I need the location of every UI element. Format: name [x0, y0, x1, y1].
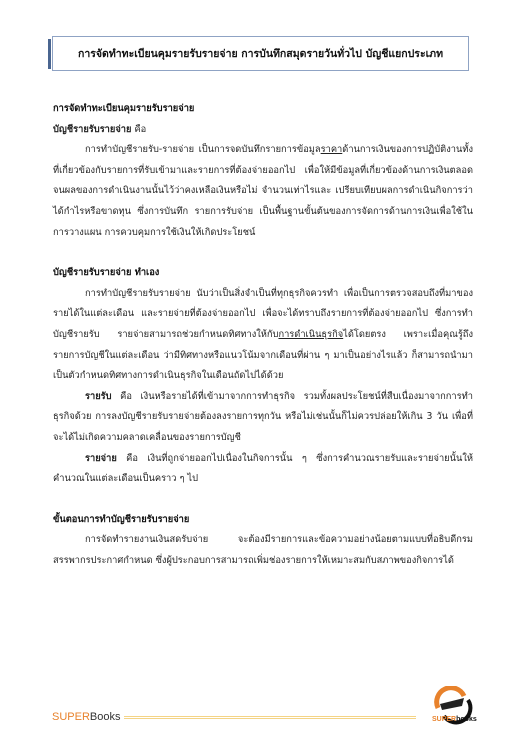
term: รายรับ [85, 391, 112, 402]
text: การทำบัญชีรายรับ-รายจ่าย เป็นการจดบันทึก… [85, 144, 321, 155]
subheading-term: บัญชีรายรับรายจ่าย [53, 124, 131, 135]
footer: SUPERBooks [52, 710, 472, 724]
paragraph: การจัดทำรายงานเงินสดรับจ่าย จะต้องมีรายก… [53, 530, 473, 571]
title-box: การจัดทำทะเบียนคุมรายรับรายจ่าย การบันทึ… [52, 36, 469, 71]
section-heading: ขั้นตอนการทำบัญชีรายรับรายจ่าย [53, 510, 473, 531]
title-accent-bar [48, 39, 51, 69]
subheading-rest: คือ [131, 124, 146, 135]
document-body: การจัดทำทะเบียนคุมรายรับรายจ่าย บัญชีราย… [53, 99, 473, 571]
expense-definition: รายจ่าย คือ เงินที่ถูกจ่ายออกไปเนื่องในก… [53, 449, 473, 490]
subheading: บัญชีรายรับรายจ่าย คือ [53, 120, 473, 141]
brand-orange: SUPER [52, 711, 90, 723]
text: ด้านการเงินของการปฏิบัติงานทั้งที่เกี่ยว… [53, 144, 473, 237]
section-heading: บัญชีรายรับรายจ่าย ทำเอง [53, 263, 473, 284]
footer-brand: SUPERBooks [52, 711, 120, 723]
page-title: การจัดทำทะเบียนคุมรายรับรายจ่าย การบันทึ… [78, 45, 443, 62]
text: คือ เงินที่ถูกจ่ายออกไปเนื่องในกิจการนั้… [53, 453, 473, 485]
link-business[interactable]: การดำเนินธุรกิจ [278, 329, 343, 340]
logo-orange: SUPER [432, 716, 456, 723]
income-definition: รายรับ คือ เงินหรือรายได้ที่เข้ามาจากการ… [53, 387, 473, 449]
section-heading: การจัดทำทะเบียนคุมรายรับรายจ่าย [53, 99, 473, 120]
paragraph: การทำบัญชีรายรับรายจ่าย นับว่าเป็นสิ่งจำ… [53, 284, 473, 387]
footer-divider [124, 716, 416, 719]
term: รายจ่าย [85, 453, 117, 464]
logo-text: SUPERbooks [432, 716, 477, 723]
text: คือ เงินหรือรายได้ที่เข้ามาจากการทำธุรกิ… [53, 391, 473, 443]
link-price[interactable]: ราคา [321, 144, 343, 155]
paragraph: การทำบัญชีรายรับ-รายจ่าย เป็นการจดบันทึก… [53, 140, 473, 243]
brand-dark: Books [90, 711, 121, 723]
logo-dark: books [456, 716, 477, 723]
